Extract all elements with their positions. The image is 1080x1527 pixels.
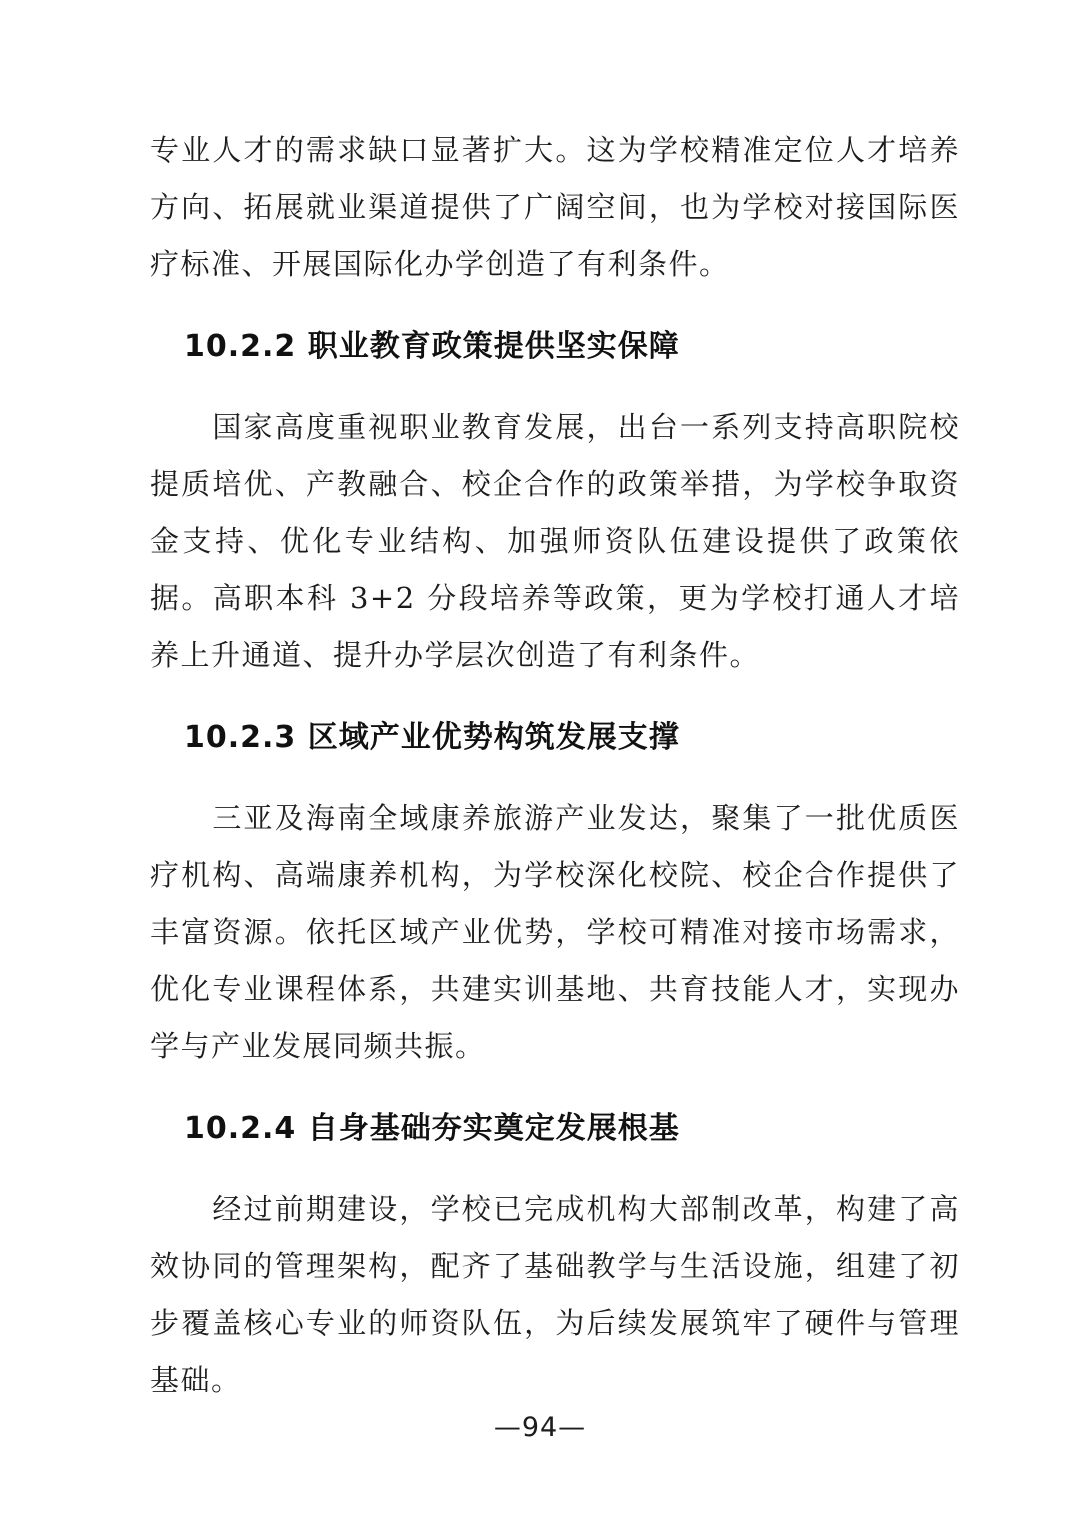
section-heading-10-2-4: 10.2.4 自身基础夯实奠定发展根基 xyxy=(150,1107,960,1151)
document-page: 专业人才的需求缺口显著扩大。这为学校精准定位人才培养方向、拓展就业渠道提供了广阔… xyxy=(0,0,1080,1527)
section-heading-10-2-3: 10.2.3 区域产业优势构筑发展支撑 xyxy=(150,716,960,760)
section-paragraph-10-2-2: 国家高度重视职业教育发展，出台一系列支持高职院校提质培优、产教融合、校企合作的政… xyxy=(150,399,960,684)
section-heading-10-2-2: 10.2.2 职业教育政策提供坚实保障 xyxy=(150,325,960,369)
section-paragraph-10-2-4: 经过前期建设，学校已完成机构大部制改革，构建了高效协同的管理架构，配齐了基础教学… xyxy=(150,1181,960,1409)
section-paragraph-10-2-3: 三亚及海南全域康养旅游产业发达，聚集了一批优质医疗机构、高端康养机构，为学校深化… xyxy=(150,790,960,1075)
page-content: 专业人才的需求缺口显著扩大。这为学校精准定位人才培养方向、拓展就业渠道提供了广阔… xyxy=(150,122,960,1409)
intro-paragraph: 专业人才的需求缺口显著扩大。这为学校精准定位人才培养方向、拓展就业渠道提供了广阔… xyxy=(150,122,960,293)
page-number: —94— xyxy=(0,1412,1080,1443)
